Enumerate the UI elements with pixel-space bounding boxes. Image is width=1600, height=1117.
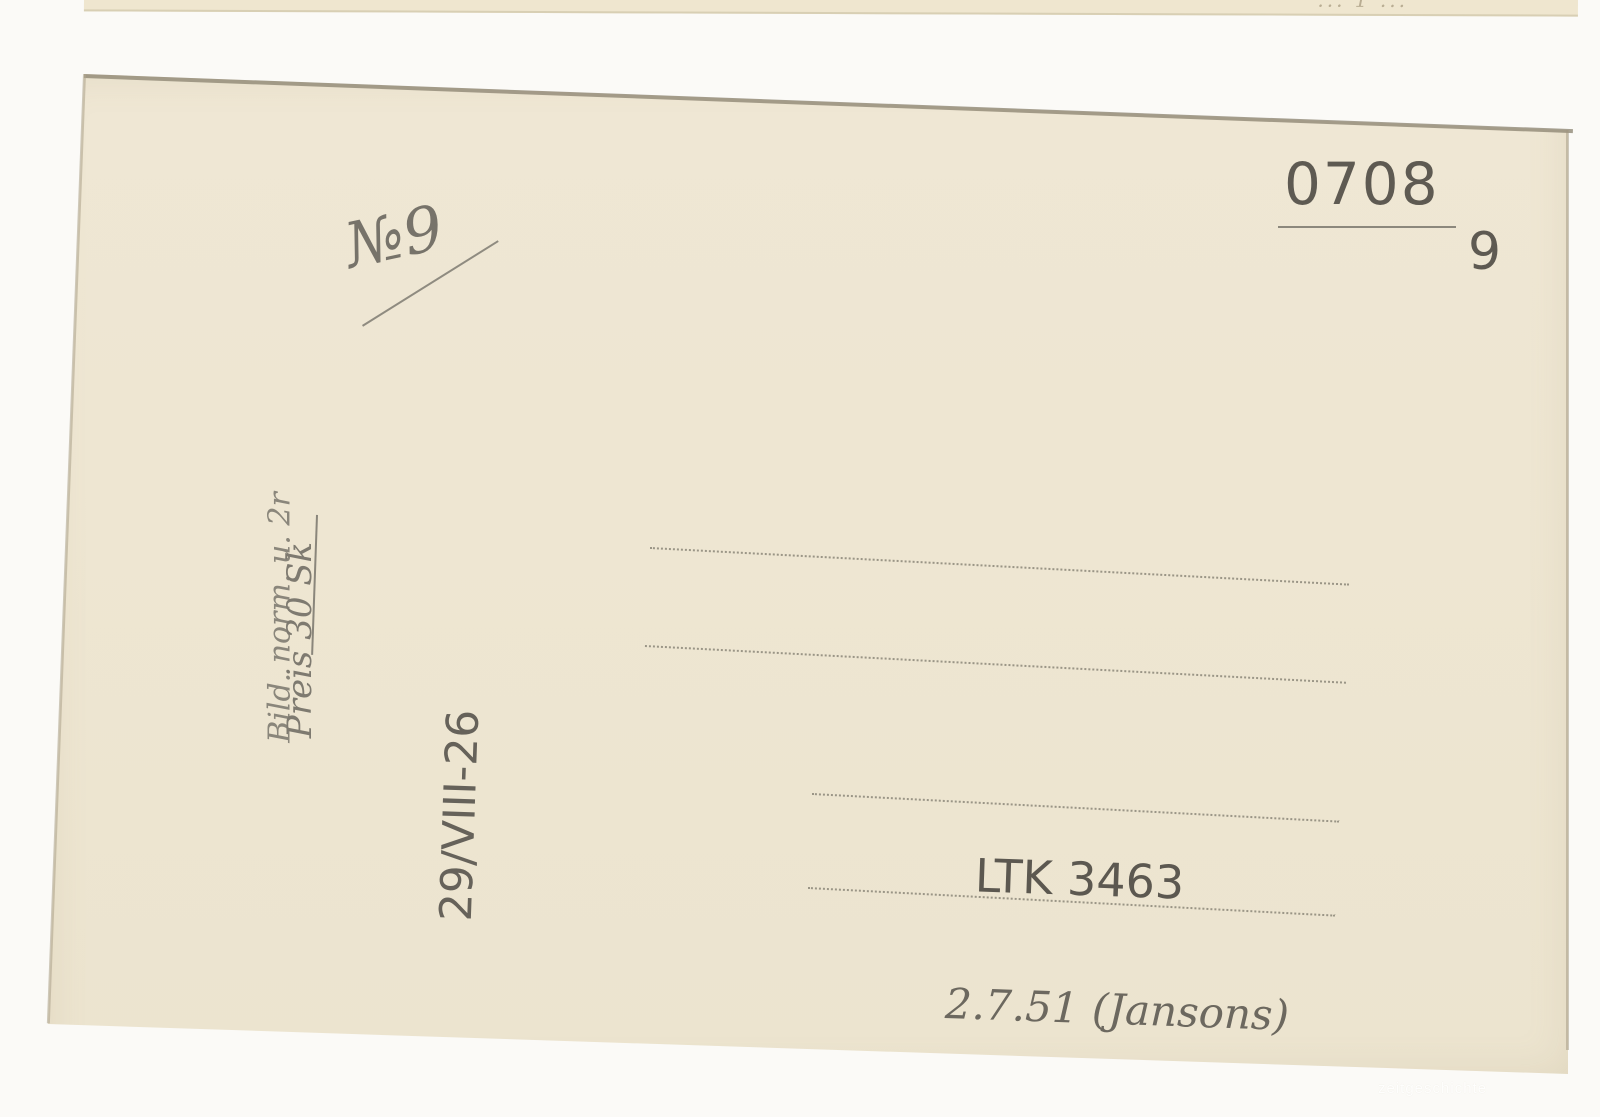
catalog-number-underline (1278, 226, 1456, 228)
previous-card-strip: ... 1 ... (84, 0, 1578, 17)
catalog-number: 0708 (1284, 150, 1440, 218)
watermark: zeitgeschichte (1378, 1080, 1487, 1097)
card-right-edge (1566, 130, 1569, 1050)
reference-code: LTK 3463 (974, 848, 1185, 909)
vertical-note-line2: Preis 30 Sk (280, 490, 320, 790)
previous-card-text: ... 1 ... (1317, 0, 1408, 12)
catalog-sub-number: 9 (1468, 222, 1501, 282)
